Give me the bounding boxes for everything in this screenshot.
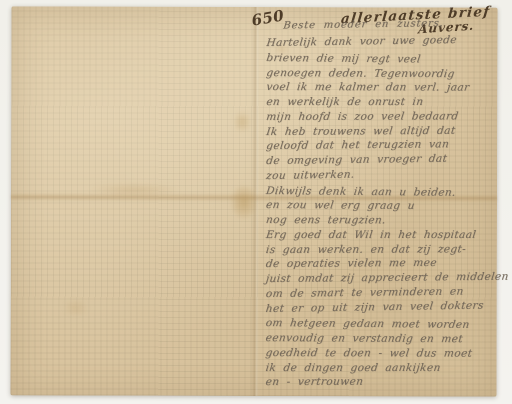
letter-line: zou uitwerken.	[265, 165, 501, 183]
letter-body: Hartelijk dank voor uwe goedebrieven die…	[266, 36, 501, 391]
letter-line: het er op uit zijn van veel dokters	[265, 298, 501, 316]
letter-line: en werkelijk de onrust in	[265, 95, 501, 110]
paper-stain	[63, 298, 89, 316]
letter-line: goedheid te doen - wel dus moet	[265, 346, 501, 361]
paper-stain	[233, 111, 251, 133]
letter-line: ik de dingen goed aankijken	[265, 360, 501, 375]
letter-line: eenvoudig en verstandig en met	[265, 331, 501, 347]
paper-stain	[231, 185, 257, 219]
paper-stain	[89, 183, 179, 197]
letter-line: brieven die mij regt veel	[265, 51, 501, 68]
letter-line: mijn hoofd is zoo veel bedaard	[265, 109, 501, 125]
letter-paper: 650 allerlaatste brief Auvers. Beste moe…	[10, 6, 497, 396]
letter-line: nog eens terugzien.	[265, 213, 501, 228]
letter-line: Hartelijk dank voor uwe goede	[266, 32, 502, 50]
letter-line: voel ik me kalmer dan verl. jaar	[265, 80, 501, 95]
letter-line: en - vertrouwen	[265, 374, 501, 390]
letter-line: Erg goed dat Wil in het hospitaal	[265, 228, 501, 243]
letter-line: en zou wel erg graag u	[265, 198, 501, 214]
